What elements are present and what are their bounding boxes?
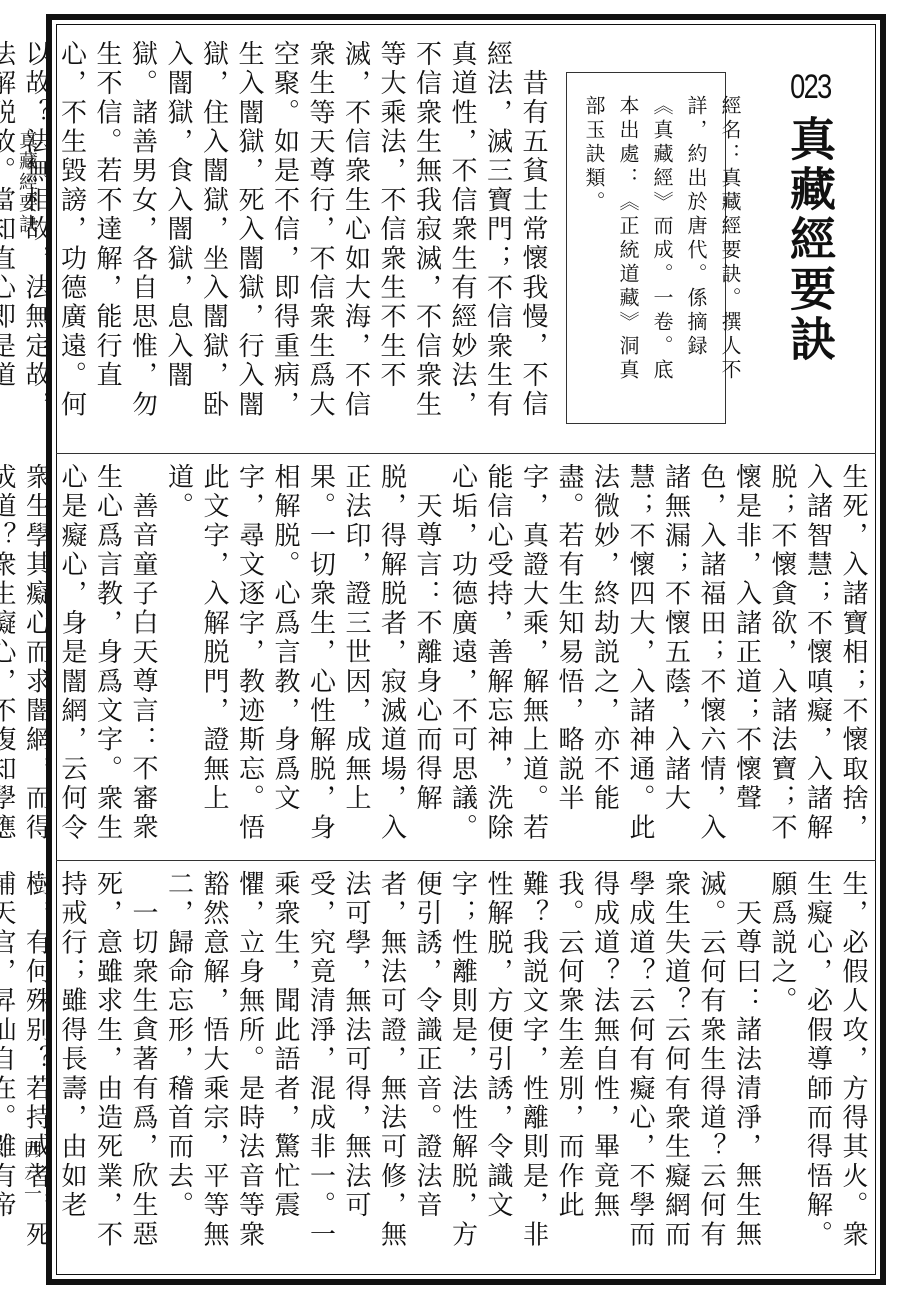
- paragraph: 一切衆生貪著有爲，欣生惡死，意雖求生，由造死業，不持戒行；雖得長壽，由如老樹，有…: [0, 870, 160, 1265]
- paragraph: 善音童子白天尊言：不審衆生心爲言教，身爲文字。衆生心是癡心，身是闇網，云何令衆生…: [0, 463, 160, 858]
- paragraph: 天尊言：不離身心而得解脱，得解脱者，寂滅道場，入正法印，證三世因，成無上果。一切…: [160, 463, 444, 858]
- text-section-bottom: 生，必假人攻，方得其火。衆生癡心，必假導師而得悟解。願爲説之。 天尊曰：諸法清淨…: [70, 870, 870, 1265]
- bibliographic-info-text: 經名：真藏經要訣。撰人不詳，約出於唐代。係摘録《真藏經》而成。一卷。底本出處：《…: [577, 95, 747, 405]
- paragraph: 天尊曰：諸法清淨，無生無滅。云何有衆生得道？云何有衆生失道？云何有衆生癡網而學成…: [160, 870, 764, 1265]
- section-divider-2: [56, 860, 876, 861]
- entry-heading: 023 真藏經要訣: [775, 68, 845, 365]
- entry-number: 023: [790, 68, 831, 107]
- paragraph: 昔有五貧士常懷我慢，不信經法，滅三寶門；不信衆生有真道性，不信衆生有經妙法，不信…: [0, 40, 550, 445]
- paragraph: 生，必假人攻，方得其火。衆生癡心，必假導師而得悟解。願爲説之。: [764, 870, 871, 1265]
- text-section-middle: 生死，入諸寶相；不懷取捨，入諸智慧；不懷嗔癡，入諸解脱；不懷貪欲，入諸法寶；不懷…: [70, 463, 870, 858]
- section-divider-1: [56, 453, 876, 454]
- text-section-top: 昔有五貧士常懷我慢，不信經法，滅三寶門；不信衆生有真道性，不信衆生有經妙法，不信…: [70, 40, 550, 445]
- paragraph: 生死，入諸寶相；不懷取捨，入諸智慧；不懷嗔癡，入諸解脱；不懷貪欲，入諸法寶；不懷…: [444, 463, 870, 858]
- bibliographic-info-box: 經名：真藏經要訣。撰人不詳，約出於唐代。係摘録《真藏經》而成。一卷。底本出處：《…: [566, 72, 726, 424]
- entry-title: 真藏經要訣: [777, 115, 843, 365]
